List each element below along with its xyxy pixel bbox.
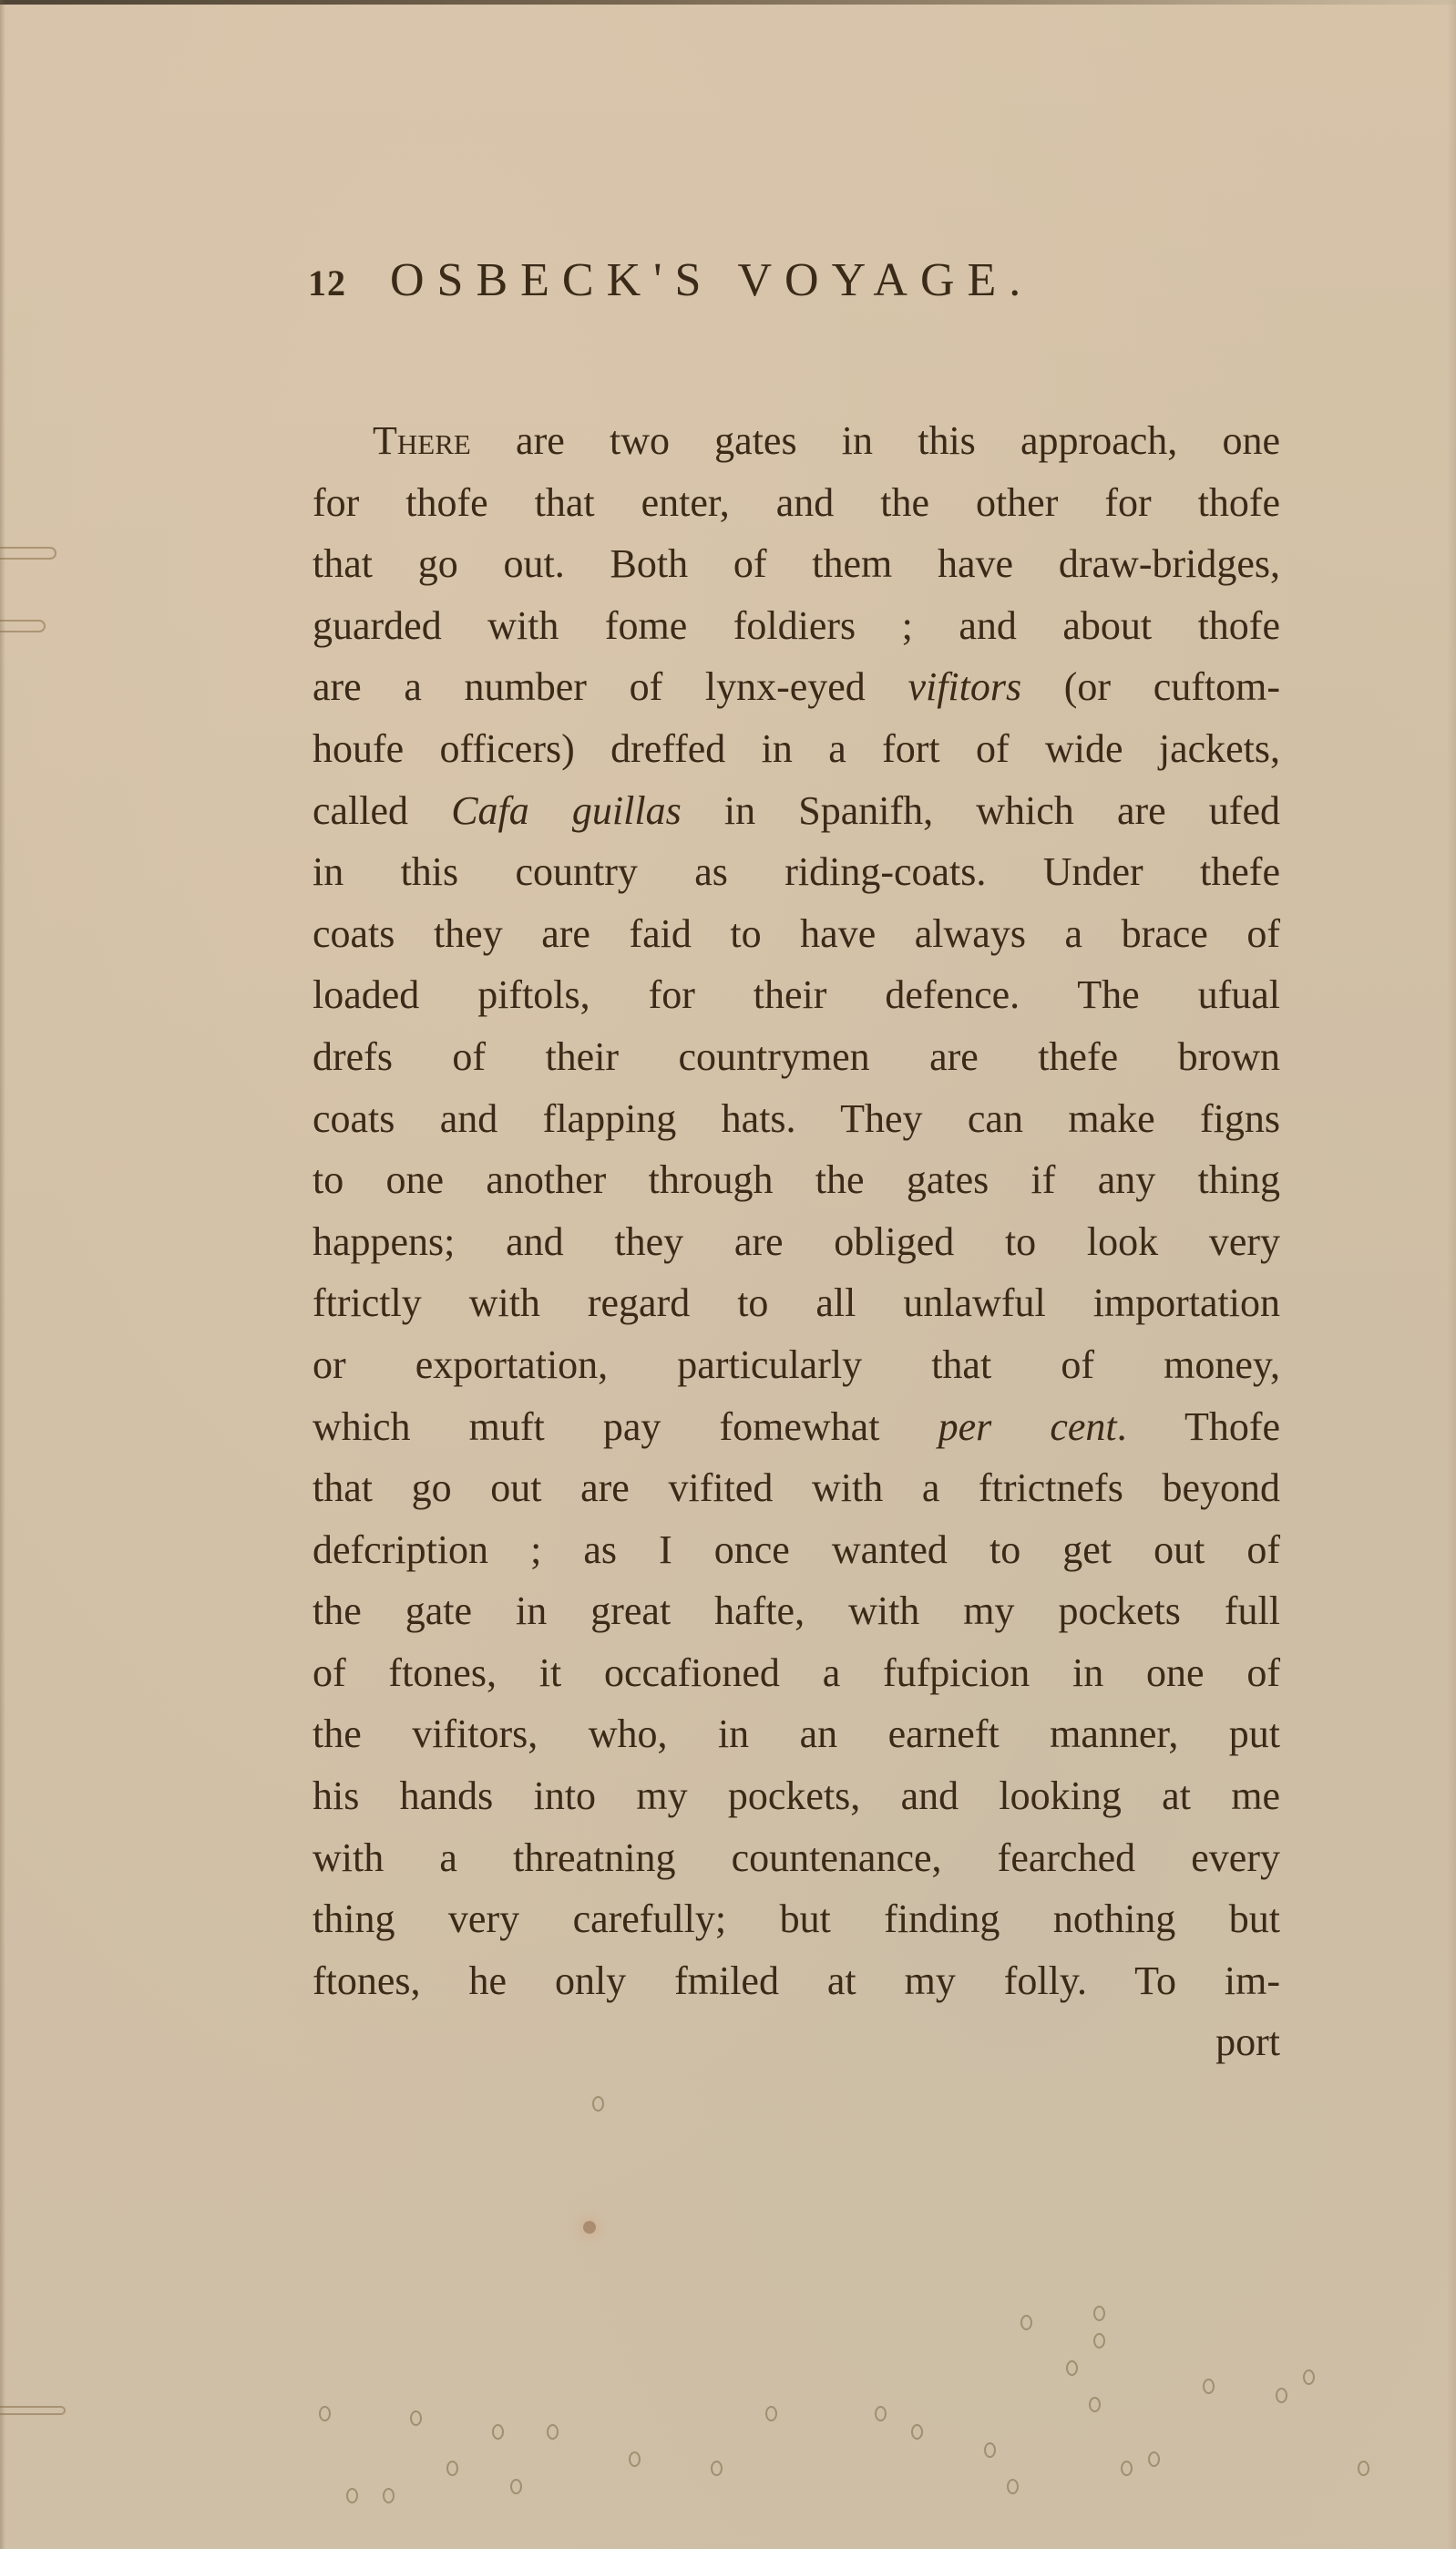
text-line: coats they are faid to have always a bra… [313,903,1280,965]
foxing-speck [1276,2388,1287,2403]
page-number: 12 [308,262,346,304]
text-run: are a number of lynx-eyed [313,664,907,709]
catchword: port [313,2011,1280,2073]
text-line: defcription ; as I once wanted to get ou… [313,1519,1280,1581]
foxing-speck [1020,2315,1032,2330]
text-run: guarded with fome foldiers ; and about t… [313,603,1280,648]
text-line: to one another through the gates if any … [313,1149,1280,1211]
text-run: (or cuftom- [1021,664,1280,709]
foxing-speck [1148,2451,1160,2467]
text-run: for thofe that enter, and the other for … [313,480,1280,525]
foxing-speck [1093,2333,1105,2349]
foxing-speck [510,2479,522,2494]
foxing-speck [1358,2461,1369,2476]
foxing-speck [1121,2461,1133,2476]
foxing-speck [1303,2369,1315,2385]
text-line: his hands into my pockets, and looking a… [313,1765,1280,1827]
text-line: ftrictly with regard to all unlawful imp… [313,1272,1280,1334]
text-line: with a threatning countenance, fearched … [313,1827,1280,1889]
text-run: that go out are vifited with a ftrictnef… [313,1465,1280,1510]
binding-thread-mark [0,547,56,560]
text-run: ftones, he only fmiled at my folly. To i… [313,1958,1280,2003]
foxing-speck [1203,2379,1215,2394]
foxing-speck [1007,2479,1019,2494]
italic-phrase: vifitors [907,664,1021,709]
foxing-speck [1089,2397,1101,2412]
text-line: houfe officers) dreffed in a fort of wid… [313,718,1280,780]
page-left-edge [0,0,5,2549]
foxing-speck [547,2424,559,2440]
text-line: loaded piftols, for their defence. The u… [313,964,1280,1026]
text-run: are two gates in this approach, one [471,418,1280,463]
text-run: in this country as riding-coats. Under t… [313,849,1280,894]
italic-phrase: per cent [938,1404,1117,1449]
foxing-speck [765,2406,777,2421]
text-line: are a number of lynx-eyed vifitors (or c… [313,656,1280,718]
foxing-speck [492,2424,504,2440]
text-line: for thofe that enter, and the other for … [313,472,1280,534]
foxing-speck [446,2461,458,2476]
page-right-edge [1447,0,1456,2549]
running-header: 12 OSBECK'S VOYAGE. [308,253,1310,308]
italic-phrase: Cafa guillas [451,788,682,833]
foxing-speck [984,2442,996,2458]
text-run: that go out. Both of them have draw-brid… [313,541,1280,586]
text-line: that go out are vifited with a ftrictnef… [313,1457,1280,1519]
foxing-speck [711,2461,723,2476]
text-line: which muft pay fomewhat per cent. Thofe [313,1396,1280,1458]
text-run: houfe officers) dreffed in a fort of wid… [313,726,1280,771]
text-line: coats and flapping hats. They can make f… [313,1088,1280,1150]
page-top-edge [0,0,1456,5]
text-line: the gate in great hafte, with my pockets… [313,1580,1280,1642]
text-run: to one another through the gates if any … [313,1157,1280,1202]
text-line: ftones, he only fmiled at my folly. To i… [313,1950,1280,2012]
binding-thread-mark [0,2406,66,2415]
text-line: called Cafa guillas in Spanifh, which ar… [313,780,1280,842]
text-run: happens; and they are obliged to look ve… [313,1219,1280,1264]
text-run: loaded piftols, for their defence. The u… [313,972,1280,1017]
smallcaps-lead-word: There [373,418,471,463]
text-run: drefs of their countrymen are thefe brow… [313,1034,1280,1079]
text-line: thing very carefully; but finding nothin… [313,1888,1280,1950]
text-line: or exportation, particularly that of mon… [313,1334,1280,1396]
text-run: or exportation, particularly that of mon… [313,1342,1280,1387]
text-run: called [313,788,451,833]
foxing-speck [629,2451,641,2467]
text-run: with a threatning countenance, fearched … [313,1835,1280,1880]
text-line: drefs of their countrymen are thefe brow… [313,1026,1280,1088]
text-run: in Spanifh, which are ufed [682,788,1280,833]
foxing-speck [1093,2306,1105,2321]
foxing-speck [875,2406,887,2421]
text-line: guarded with fome foldiers ; and about t… [313,595,1280,657]
text-run: . Thofe [1117,1404,1280,1449]
text-line: happens; and they are obliged to look ve… [313,1211,1280,1273]
text-line: the vifitors, who, in an earneft manner,… [313,1703,1280,1765]
ink-blot [583,2221,596,2234]
foxing-speck [1066,2360,1078,2376]
text-run: thing very carefully; but finding nothin… [313,1896,1280,1941]
foxing-speck [383,2488,395,2503]
text-run: which muft pay fomewhat [313,1404,938,1449]
foxing-speck [911,2424,923,2440]
text-run: coats they are faid to have always a bra… [313,911,1280,956]
text-line: in this country as riding-coats. Under t… [313,841,1280,903]
text-line: that go out. Both of them have draw-brid… [313,533,1280,595]
text-run: ftrictly with regard to all unlawful imp… [313,1280,1280,1325]
text-line: of ftones, it occafioned a fufpicion in … [313,1642,1280,1704]
text-run: defcription ; as I once wanted to get ou… [313,1527,1280,1572]
body-text: There are two gates in this approach, on… [313,410,1280,2073]
binding-thread-mark [0,620,46,632]
foxing-speck [410,2410,422,2426]
foxing-speck [592,2096,604,2112]
text-run: his hands into my pockets, and looking a… [313,1773,1280,1818]
foxing-speck [346,2488,358,2503]
text-run: coats and flapping hats. They can make f… [313,1096,1280,1141]
text-run: the vifitors, who, in an earneft manner,… [313,1711,1280,1756]
running-title: OSBECK'S VOYAGE. [390,253,1033,307]
text-run: of ftones, it occafioned a fufpicion in … [313,1650,1280,1695]
text-run: the gate in great hafte, with my pockets… [313,1588,1280,1633]
foxing-speck [319,2406,331,2421]
text-line: There are two gates in this approach, on… [313,410,1280,472]
